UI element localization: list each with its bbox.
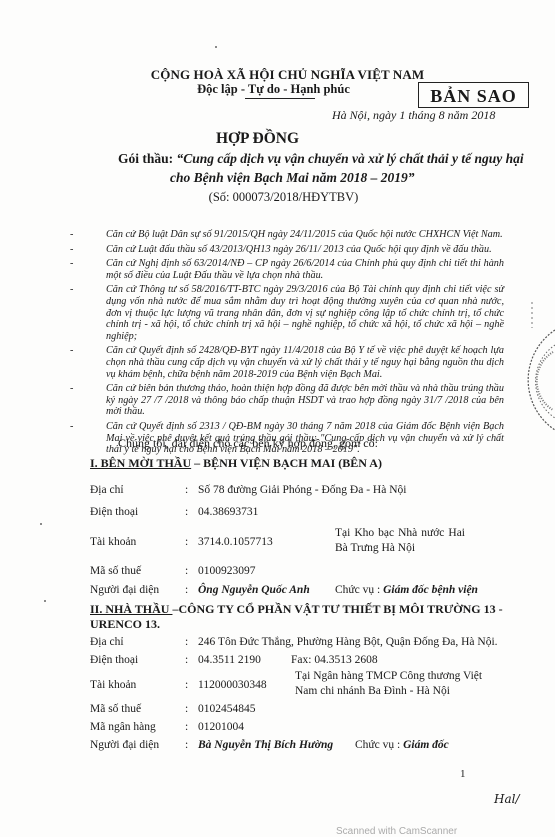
package-label: Gói thầu: (118, 151, 177, 166)
colon: : (185, 506, 188, 518)
position-value: Giám đốc (403, 739, 449, 751)
party-b-heading: II. NHÀ THẦU –CÔNG TY CỔ PHẦN VẬT TƯ THI… (90, 602, 503, 617)
contract-number: (Số: 000073/2018/HĐYTBV) (0, 190, 555, 205)
nation-heading: CỘNG HOÀ XÃ HỘI CHỦ NGHĨA VIỆT NAM (0, 67, 555, 83)
party-b-account-label: Tài khoản (90, 679, 136, 691)
copy-stamp: BẢN SAO (418, 82, 529, 108)
party-a-account: 3714.0.1057713 (198, 536, 273, 548)
party-a-phone-label: Điện thoại (90, 506, 138, 518)
colon: : (185, 536, 188, 548)
party-a-representative: Ông Nguyễn Quốc Anh (198, 584, 310, 596)
scan-speck (40, 523, 42, 525)
party-a-role: I. BÊN MỜI THẦU (90, 456, 191, 470)
party-a-tax-label: Mã số thuế (90, 565, 141, 577)
position-label: Chức vụ : (355, 739, 403, 751)
colon: : (185, 679, 188, 691)
party-b-address-label: Địa chỉ (90, 636, 124, 648)
party-a-address-label: Địa chỉ (90, 484, 124, 496)
position-label: Chức vụ : (335, 584, 383, 596)
legal-basis-item: Căn cứ Nghị định số 63/2014/NĐ – CP ngày… (92, 258, 504, 281)
party-b-representative: Bà Nguyễn Thị Bích Hường (198, 739, 333, 751)
party-b-account: 112000030348 (198, 679, 267, 691)
party-a-heading: I. BÊN MỜI THẦU – BỆNH VIỆN BẠCH MAI (BÊ… (90, 456, 382, 471)
colon: : (185, 654, 188, 666)
party-b-tax-label: Mã số thuế (90, 703, 141, 715)
party-a-phone: 04.38693731 (198, 506, 258, 518)
scan-speck (44, 600, 46, 602)
party-b-bank-code: 01201004 (198, 721, 244, 733)
party-b-phone: 04.3511 2190 (198, 654, 261, 666)
scanner-watermark: Scanned with CamScanner (336, 826, 457, 837)
colon: : (185, 703, 188, 715)
party-a-address: Số 78 đường Giải Phóng - Đống Đa - Hà Nộ… (198, 484, 406, 496)
party-b-bank: Tại Ngân hàng TMCP Công thương Việt Nam … (295, 669, 490, 699)
contract-title: HỢP ĐỒNG (0, 130, 555, 148)
party-b-rep-label: Người đại diện (90, 739, 159, 751)
colon: : (185, 739, 188, 751)
legal-basis-item: Căn cứ Quyết định số 2428/QĐ-BYT ngày 11… (92, 345, 504, 380)
party-b-name: –CÔNG TY CỔ PHẦN VẬT TƯ THIẾT BỊ MÔI TRƯ… (172, 602, 502, 616)
party-a-position: Chức vụ : Giám đốc bệnh viện (335, 584, 478, 596)
party-b-bank-code-label: Mã ngân hàng (90, 721, 156, 733)
party-a-bank: Tại Kho bạc Nhà nước Hai Bà Trưng Hà Nội (335, 526, 465, 556)
parties-intro: Chúng tôi, đại diện cho các bên ký hợp đ… (118, 436, 378, 451)
package-line-1: Gói thầu: “Cung cấp dịch vụ vận chuyển v… (118, 151, 524, 167)
legal-basis-item: Căn cứ biên bản thương thảo, hoàn thiện … (92, 383, 504, 418)
colon: : (185, 584, 188, 596)
party-a-tax-code: 0100923097 (198, 565, 256, 577)
motto-underline (245, 98, 315, 99)
party-a-rep-label: Người đại diện (90, 584, 159, 596)
party-a-name: – BỆNH VIỆN BẠCH MAI (BÊN A) (191, 456, 382, 470)
party-b-phone-label: Điện thoại (90, 654, 138, 666)
legal-bases-list: Căn cứ Bộ luật Dân sự số 91/2015/QH ngày… (92, 229, 504, 459)
party-b-position: Chức vụ : Giám đốc (355, 739, 449, 751)
legal-basis-item: Căn cứ Bộ luật Dân sự số 91/2015/QH ngày… (92, 229, 504, 241)
colon: : (185, 484, 188, 496)
document-date: Hà Nội, ngày 1 tháng 8 năm 2018 (332, 108, 495, 123)
page-number: 1 (460, 768, 466, 780)
colon: : (185, 721, 188, 733)
party-b-role: II. NHÀ THẦU (90, 602, 172, 616)
party-b-address: 246 Tôn Đức Thắng, Phường Hàng Bột, Quận… (198, 636, 498, 648)
package-name-part-2: cho Bệnh viện Bạch Mai năm 2018 – 2019” (170, 170, 415, 186)
initials-signature: Hal/ (494, 792, 520, 806)
legal-basis-item: Căn cứ Luật đấu thầu số 43/2013/QH13 ngà… (92, 244, 504, 256)
party-b-fax: Fax: 04.3513 2608 (291, 654, 378, 666)
package-name-part-1: “Cung cấp dịch vụ vận chuyển và xử lý ch… (177, 151, 524, 166)
legal-basis-item: Căn cứ Thông tư số 58/2016/TT-BTC ngày 2… (92, 284, 504, 342)
position-value: Giám đốc bệnh viện (383, 584, 478, 596)
colon: : (185, 636, 188, 648)
party-b-tax-code: 0102454845 (198, 703, 256, 715)
scan-speck (215, 46, 217, 48)
party-a-account-label: Tài khoản (90, 536, 136, 548)
colon: : (185, 565, 188, 577)
partial-seal-icon (495, 300, 555, 435)
party-b-name-line-2: URENCO 13. (90, 617, 160, 632)
